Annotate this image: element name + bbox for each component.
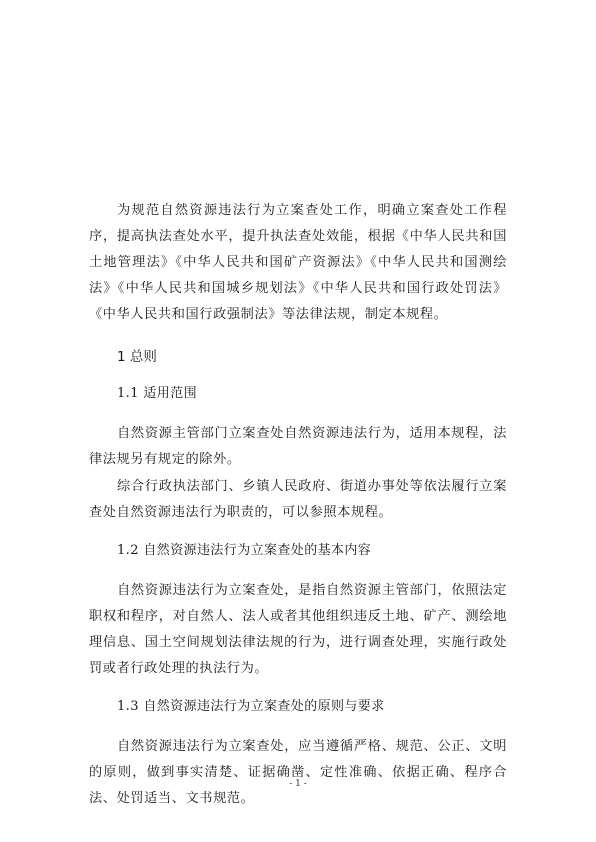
section-heading-general: 1 总则 <box>117 347 507 367</box>
document-body: 为规范自然资源违法行为立案查处工作，明确立案查处工作程序，提高执法查处水平，提升… <box>89 198 507 813</box>
subsection-heading-scope: 1.1 适用范围 <box>117 384 507 404</box>
intro-paragraph: 为规范自然资源违法行为立案查处工作，明确立案查处工作程序，提高执法查处水平，提升… <box>89 198 507 328</box>
document-page: 为规范自然资源违法行为立案查处工作，明确立案查处工作程序，提高执法查处水平，提升… <box>0 0 596 842</box>
basic-content-paragraph: 自然资源违法行为立案查处，是指自然资源主管部门，依照法定职权和程序，对自然人、法… <box>89 578 507 682</box>
subsection-heading-principles: 1.3 自然资源违法行为立案查处的原则与要求 <box>117 697 507 717</box>
subsection-heading-basic-content: 1.2 自然资源违法行为立案查处的基本内容 <box>117 541 507 561</box>
scope-paragraph-2: 综合行政执法部门、乡镇人民政府、街道办事处等依法履行立案查处自然资源违法行为职责… <box>89 474 507 526</box>
principles-paragraph: 自然资源违法行为立案查处，应当遵循严格、规范、公正、文明的原则，做到事实清楚、证… <box>89 734 507 812</box>
page-number: - 1 - <box>0 779 596 789</box>
scope-paragraph-1: 自然资源主管部门立案查处自然资源违法行为，适用本规程，法律法规另有规定的除外。 <box>89 421 507 473</box>
